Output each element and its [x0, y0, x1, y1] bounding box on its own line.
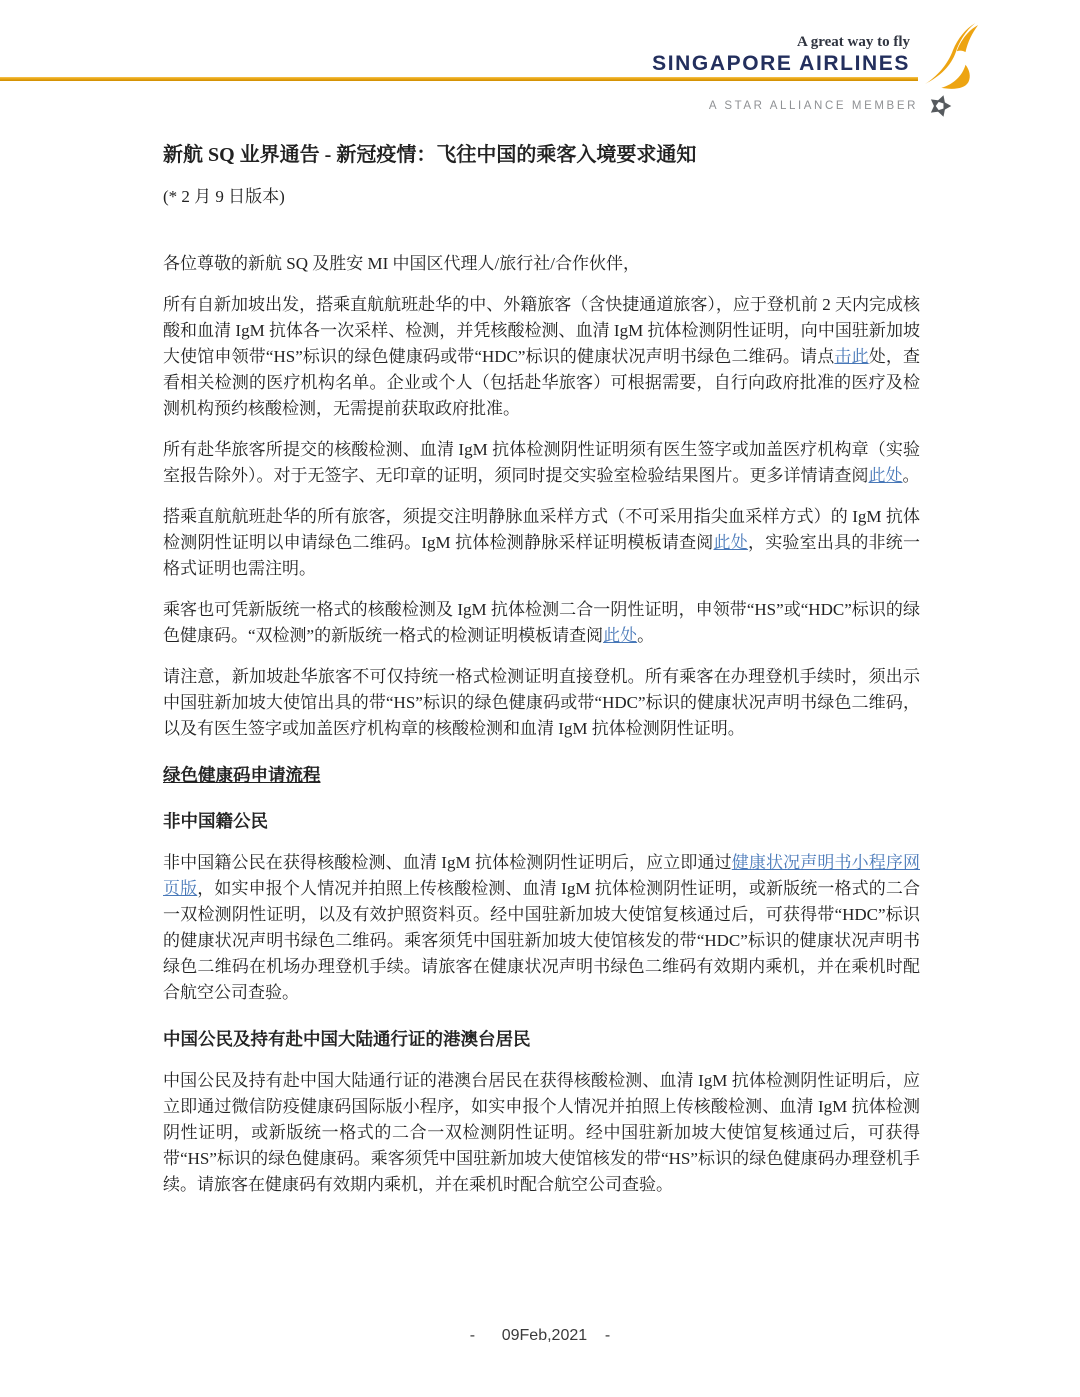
version-note: (* 2 月 9 日版本)	[163, 185, 920, 209]
paragraph: 所有自新加坡出发，搭乘直航航班赴华的中、外籍旅客（含快捷通道旅客），应于登机前 …	[163, 292, 920, 422]
gold-divider	[0, 77, 918, 81]
inline-link[interactable]: 此处	[603, 626, 637, 645]
sub-heading: 中国公民及持有赴中国大陆通行证的港澳台居民	[163, 1026, 920, 1052]
star-alliance-icon	[927, 93, 953, 119]
paragraph: 搭乘直航航班赴华的所有旅客，须提交注明静脉血采样方式（不可采用指尖血采样方式）的…	[163, 504, 920, 582]
sub-heading: 非中国籍公民	[163, 808, 920, 834]
inline-link[interactable]: 击此	[834, 347, 868, 366]
paragraph: 中国公民及持有赴中国大陆通行证的港澳台居民在获得核酸检测、血清 IgM 抗体检测…	[163, 1068, 920, 1198]
paragraph: 各位尊敬的新航 SQ 及胜安 MI 中国区代理人/旅行社/合作伙伴，	[163, 251, 920, 277]
document-body: 各位尊敬的新航 SQ 及胜安 MI 中国区代理人/旅行社/合作伙伴，所有自新加坡…	[163, 251, 920, 1198]
letterhead: A great way to fly SINGAPORE AIRLINES A …	[0, 0, 1080, 122]
document-title: 新航 SQ 业界通告 - 新冠疫情：飞往中国的乘客入境要求通知	[163, 142, 920, 168]
brand-wordmark: SINGAPORE AIRLINES	[652, 52, 910, 76]
star-alliance-row: A STAR ALLIANCE MEMBER	[709, 93, 953, 119]
inline-link[interactable]: 健康状况声明书小程序网页版	[163, 853, 920, 898]
paragraph: 非中国籍公民在获得核酸检测、血清 IgM 抗体检测阴性证明后，应立即通过健康状况…	[163, 850, 920, 1006]
inline-link[interactable]: 此处	[869, 466, 903, 485]
section-heading: 绿色健康码申请流程	[163, 762, 920, 788]
paragraph: 所有赴华旅客所提交的核酸检测、血清 IgM 抗体检测阴性证明须有医生签字或加盖医…	[163, 437, 920, 489]
star-alliance-label: A STAR ALLIANCE MEMBER	[709, 100, 918, 112]
sia-bird-logo-icon	[922, 22, 980, 92]
inline-link[interactable]: 此处	[714, 533, 748, 552]
document-page: A great way to fly SINGAPORE AIRLINES A …	[0, 0, 1080, 1397]
brand-tagline: A great way to fly	[797, 34, 910, 51]
footer-date: - 09Feb,2021 -	[0, 1327, 1080, 1345]
paragraph: 请注意，新加坡赴华旅客不可仅持统一格式检测证明直接登机。所有乘客在办理登机手续时…	[163, 664, 920, 742]
document-content: 新航 SQ 业界通告 - 新冠疫情：飞往中国的乘客入境要求通知 (* 2 月 9…	[163, 122, 920, 1198]
paragraph: 乘客也可凭新版统一格式的核酸检测及 IgM 抗体检测二合一阴性证明，申领带“HS…	[163, 597, 920, 649]
